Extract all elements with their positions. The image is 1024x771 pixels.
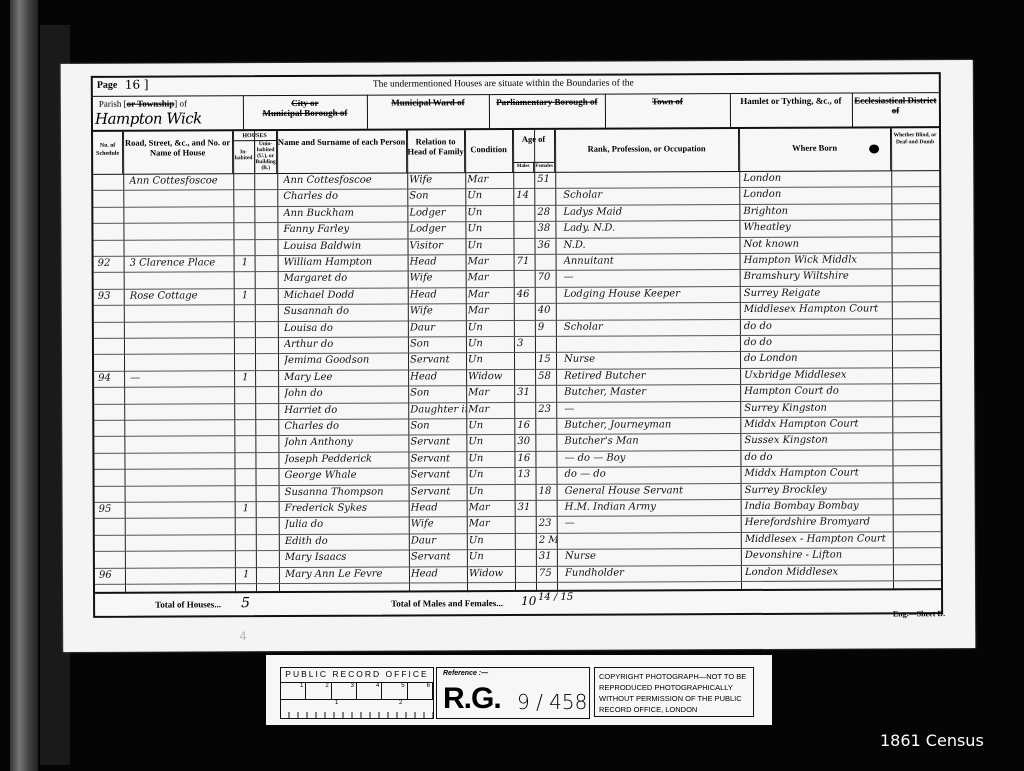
cell-condition: Un: [467, 240, 511, 251]
cell-occupation: —: [565, 517, 739, 529]
cell-road: Ann Cottesfoscoe: [129, 175, 231, 186]
ruler-tick: 4: [357, 683, 382, 699]
cell-born: Surrey Kingston: [744, 402, 890, 414]
parish-cell: Parish [or Township] of Hampton Wick: [93, 95, 244, 130]
cell-name: Julia do: [285, 519, 407, 531]
cell-inhabited: 1: [243, 503, 255, 514]
cell-name: Margaret do: [284, 273, 406, 285]
sheet-title: The undermentioned Houses are situate wi…: [373, 78, 634, 89]
cell-name: John do: [284, 388, 406, 400]
col-road: Road, Street, &c., and No. or Name of Ho…: [123, 131, 233, 173]
total-houses-value: 5: [241, 595, 250, 611]
col-occupation: Rank, Profession, or Occupation: [555, 129, 739, 172]
cell-inhabited: 1: [242, 372, 254, 383]
ruler-tick: 5: [382, 683, 407, 699]
cell-condition: Mar: [468, 289, 512, 300]
cell-occupation: —: [564, 403, 738, 415]
cell-occupation: [564, 304, 738, 305]
pencil-mark: 4: [239, 629, 247, 643]
cell-occupation: Scholar: [563, 189, 737, 201]
cell-inhabited: 1: [242, 257, 254, 268]
cell-born: Middlesex Hampton Court: [744, 304, 890, 316]
cell-name: Fanny Farley: [283, 224, 405, 236]
cell-female: 2 Mo: [539, 535, 557, 546]
cell-schedule: 92: [98, 258, 122, 269]
ruler-inch-2: 2: [399, 700, 402, 706]
cell-born: Surrey Brockley: [745, 484, 891, 496]
cell-inhabited: 1: [243, 569, 255, 580]
row-rule: [95, 580, 941, 585]
cell-occupation: [564, 337, 738, 338]
cell-female: 51: [537, 174, 555, 185]
cell-born: Not known: [743, 238, 889, 250]
cell-occupation: Scholar: [564, 321, 738, 333]
cell-name: Mary Lee: [284, 371, 406, 383]
cell-born: Sussex Kingston: [744, 435, 890, 447]
cell-condition: Un: [467, 223, 511, 234]
cell-female: 36: [537, 239, 555, 250]
cell-name: Louisa do: [284, 322, 406, 334]
cell-born: do do: [744, 320, 890, 332]
cell-relation: Head: [410, 256, 466, 267]
cell-occupation: do — do: [564, 468, 738, 480]
borough-label: Municipal Borough of: [243, 108, 367, 119]
cell-relation: Head: [410, 371, 466, 382]
cell-occupation: H.M. Indian Army: [565, 501, 739, 513]
film-edge: [10, 0, 38, 771]
cell-relation: Head: [411, 568, 467, 579]
cell-relation: Wife: [409, 174, 465, 185]
cell-female: 9: [538, 321, 556, 332]
image-caption: 1861 Census: [880, 731, 984, 750]
cell-condition: Mar: [468, 404, 512, 415]
cell-occupation: Ladys Maid: [563, 206, 737, 218]
cell-condition: Un: [468, 469, 512, 480]
cell-name: Charles do: [283, 191, 405, 203]
col-name: Name and Surname of each Person: [277, 130, 407, 173]
census-row: 961Mary Ann Le FevreHeadWidow75Fundholde…: [95, 564, 941, 585]
cell-condition: Un: [468, 453, 512, 464]
cell-name: Susannah do: [284, 306, 406, 318]
cell-female: 75: [539, 567, 557, 578]
cell-born: London: [743, 172, 889, 184]
cell-male: 14: [516, 190, 534, 201]
cell-relation: Servant: [410, 355, 466, 366]
cell-occupation: N.D.: [563, 239, 737, 251]
col-born-label: Where Born: [792, 143, 837, 153]
ecclesiastical-label: Ecclesiastical District of: [852, 95, 939, 115]
column-headers: No. of Schedule Road, Street, &c., and N…: [93, 128, 939, 175]
cell-born: Herefordshire Bromyard: [745, 517, 891, 529]
office-title: PUBLIC RECORD OFFICE: [281, 669, 433, 679]
cell-relation: Head: [411, 502, 467, 513]
cell-inhabited: 1: [242, 290, 254, 301]
cell-road: Rose Cottage: [130, 290, 232, 301]
hamlet-cell: Hamlet or Tything, &c., of: [730, 93, 853, 128]
cell-name: Michael Dodd: [284, 289, 406, 301]
cell-condition: Mar: [468, 272, 512, 283]
reference-piece: 9 / 458: [517, 690, 587, 714]
boundaries-row: Parish [or Township] of Hampton Wick Cit…: [93, 92, 939, 132]
cell-relation: Son: [409, 191, 465, 202]
cell-name: Mary Ann Le Fevre: [285, 568, 407, 580]
cell-male: 16: [517, 453, 535, 464]
totals-row: Total of Houses... 5 Total of Males and …: [95, 588, 941, 616]
reference-prefix: Reference :—: [443, 670, 488, 677]
cell-schedule: 94: [98, 373, 122, 384]
ward-label: Municipal Ward of: [367, 97, 489, 108]
cell-condition: Mar: [469, 518, 513, 529]
cell-occupation: Lady. N.D.: [563, 222, 737, 234]
cell-male: 31: [518, 502, 536, 513]
city-label: City or: [243, 98, 367, 109]
cell-condition: Un: [468, 322, 512, 333]
cell-born: Middlesex - Hampton Court: [745, 533, 891, 545]
cell-female: 38: [537, 223, 555, 234]
cell-relation: Servant: [411, 551, 467, 562]
cell-born: do do: [744, 451, 890, 463]
cell-name: Ann Cottesfoscoe: [283, 174, 405, 186]
cell-born: Hampton Court do: [744, 386, 890, 398]
parish-label-strike: or Township: [127, 98, 175, 108]
cell-occupation: — do — Boy: [564, 452, 738, 464]
cell-relation: Daur: [410, 322, 466, 333]
cell-name: Mary Isaacs: [285, 552, 407, 564]
cell-condition: Widow: [469, 568, 513, 579]
cell-condition: Mar: [468, 256, 512, 267]
cell-occupation: Annuitant: [564, 255, 738, 267]
cell-relation: Head: [410, 289, 466, 300]
cell-born: Hampton Wick Middlx: [744, 254, 890, 266]
parish-value: Hampton Wick: [95, 109, 202, 127]
cell-occupation: Fundholder: [565, 567, 739, 579]
cell-name: William Hampton: [284, 256, 406, 268]
total-houses-label: Total of Houses...: [155, 599, 221, 609]
sheet-designation: Eng.—Sheet D.: [893, 609, 945, 618]
col-inhabited: In-habited: [233, 141, 255, 173]
cell-condition: Un: [467, 207, 511, 218]
total-males-value: 10: [521, 594, 536, 608]
parliamentary-cell: Parliamentary Borough of: [489, 94, 606, 129]
col-schedule: No. of Schedule: [93, 132, 123, 174]
cell-occupation: General House Servant: [565, 485, 739, 497]
copyright-notice: COPYRIGHT PHOTOGRAPH—NOT TO BE REPRODUCE…: [594, 667, 754, 717]
cell-born: Wheatley: [743, 222, 889, 234]
ruler-inch: 1 2: [281, 699, 433, 718]
ecclesiastical-cell: Ecclesiastical District of: [852, 92, 939, 126]
cell-occupation: [565, 534, 739, 535]
census-form: Page 16 ] The undermentioned Houses are …: [91, 72, 943, 618]
cell-occupation: Butcher, Master: [564, 386, 738, 398]
reference-label: PUBLIC RECORD OFFICE 1 2 3 4 5 6 1 2 Ref…: [266, 655, 772, 725]
cell-female: 23: [538, 403, 556, 414]
cell-occupation: Butcher's Man: [564, 435, 738, 447]
cell-condition: Un: [469, 551, 513, 562]
hamlet-label: Hamlet or Tything, &c., of: [730, 96, 852, 107]
cell-road: —: [130, 372, 232, 383]
cell-condition: Mar: [468, 387, 512, 398]
cell-female: 28: [537, 207, 555, 218]
cell-condition: Un: [468, 420, 512, 431]
cell-road: 3 Clarence Place: [130, 257, 232, 268]
col-born: Where Born: [739, 128, 891, 171]
census-rows: Ann CottesfoscoeAnn CottesfoscoeWifeMar5…: [93, 170, 941, 572]
cell-born: Brighton: [743, 205, 889, 217]
cell-born: Surrey Reigate: [744, 287, 890, 299]
ward-cell: Municipal Ward of: [367, 94, 490, 129]
parish-label-post: ] of: [174, 98, 187, 108]
cell-condition: Un: [468, 354, 512, 365]
cell-female: 70: [538, 272, 556, 283]
cell-male: 71: [517, 256, 535, 267]
parish-label-pre: Parish [: [99, 99, 127, 109]
cell-condition: Un: [467, 190, 511, 201]
cell-name: Edith do: [285, 535, 407, 547]
cell-occupation: Nurse: [565, 550, 739, 562]
reference-series: R.G.: [443, 682, 501, 716]
cell-condition: Mar: [467, 174, 511, 185]
census-sheet: Page 16 ] The undermentioned Houses are …: [61, 60, 976, 652]
cell-name: Ann Buckham: [283, 207, 405, 219]
total-females-value: 14 / 15: [538, 592, 573, 603]
reference-box: Reference :— R.G. 9 / 458: [436, 667, 590, 719]
cell-relation: Servant: [410, 437, 466, 448]
cell-relation: Servant: [411, 486, 467, 497]
cell-male: 16: [517, 420, 535, 431]
cell-female: 15: [538, 354, 556, 365]
cell-born: do London: [744, 353, 890, 365]
cell-born: Uxbridge Middlesex: [744, 369, 890, 381]
cell-relation: Wife: [410, 305, 466, 316]
cell-occupation: Nurse: [564, 353, 738, 365]
cell-name: Susanna Thompson: [285, 486, 407, 498]
cell-name: Jemima Goodson: [284, 355, 406, 367]
cell-female: 40: [538, 305, 556, 316]
cell-name: Charles do: [284, 420, 406, 432]
cell-relation: Son: [410, 338, 466, 349]
ruler-tick: 3: [332, 683, 357, 699]
cell-relation: Son: [410, 387, 466, 398]
cell-occupation: —: [564, 271, 738, 283]
cell-condition: Un: [469, 535, 513, 546]
col-females: Females: [534, 162, 554, 172]
cell-relation: Wife: [410, 273, 466, 284]
cell-relation: Visitor: [409, 240, 465, 251]
cell-male: 46: [517, 289, 535, 300]
total-persons-label: Total of Males and Females...: [391, 598, 503, 608]
col-males: Males: [513, 162, 534, 172]
cell-schedule: 96: [99, 569, 123, 580]
cell-born: India Bombay Bombay: [745, 500, 891, 512]
parliamentary-label: Parliamentary Borough of: [489, 97, 605, 108]
cell-relation: Wife: [411, 519, 467, 530]
town-cell: Town of: [605, 93, 731, 128]
ink-blot: [869, 144, 879, 153]
cell-male: 13: [517, 469, 535, 480]
cell-occupation: [563, 173, 737, 174]
col-relation: Relation to Head of Family: [407, 130, 465, 172]
cell-condition: Mar: [469, 502, 513, 513]
cell-condition: Un: [468, 338, 512, 349]
cell-relation: Servant: [410, 469, 466, 480]
cell-name: Harriet do: [284, 404, 406, 416]
cell-relation: Daur: [411, 535, 467, 546]
cell-condition: Widow: [468, 371, 512, 382]
cell-born: London Middlesex: [745, 566, 891, 578]
cell-male: 30: [517, 436, 535, 447]
cell-male: 31: [517, 387, 535, 398]
col-uninhabited: Unin-habited (U.), or Building (B.): [255, 141, 276, 171]
cell-condition: Un: [469, 486, 513, 497]
town-label: Town of: [605, 96, 730, 107]
cell-born: Middx Hampton Court: [744, 418, 890, 430]
cell-name: Frederick Sykes: [285, 502, 407, 514]
cell-born: Bramshury Wiltshire: [744, 271, 890, 283]
cell-female: 23: [539, 518, 557, 529]
cell-relation: Daughter in law: [410, 404, 466, 415]
cell-male: 3: [517, 338, 535, 349]
cell-relation: Son: [410, 420, 466, 431]
cell-relation: Lodger: [409, 207, 465, 218]
cell-relation: Servant: [410, 453, 466, 464]
cell-born: London: [743, 189, 889, 201]
cell-schedule: 95: [99, 504, 123, 515]
cell-name: Joseph Pedderick: [284, 453, 406, 465]
cell-occupation: Lodging House Keeper: [564, 288, 738, 300]
ruler-inch-1: 1: [335, 700, 338, 706]
ruler-cm: 1 2 3 4 5 6: [281, 682, 433, 699]
cell-relation: Lodger: [409, 223, 465, 234]
cell-name: John Anthony: [284, 437, 406, 449]
cell-female: 18: [539, 485, 557, 496]
col-blind: Whether Blind, or Deaf-and-Dumb: [891, 128, 939, 170]
cell-born: do do: [744, 336, 890, 348]
page-label: Page: [97, 80, 118, 91]
cell-female: 58: [538, 371, 556, 382]
cell-born: Devonshire - Lifton: [745, 550, 891, 562]
ruler-tick: 1: [281, 683, 306, 699]
cell-born: Middx Hampton Court: [744, 468, 890, 480]
ruler-tick: 6: [408, 683, 433, 699]
cell-occupation: Butcher, Journeyman: [564, 419, 738, 431]
cell-female: 31: [539, 551, 557, 562]
ruler-tick: 2: [306, 683, 331, 699]
cell-occupation: Retired Butcher: [564, 370, 738, 382]
col-condition: Condition: [465, 130, 513, 172]
cell-name: Arthur do: [284, 338, 406, 350]
cell-condition: Un: [468, 436, 512, 447]
cell-condition: Mar: [468, 305, 512, 316]
borough-cell: City or Municipal Borough of: [243, 95, 368, 130]
page-number: 16 ]: [125, 78, 149, 92]
record-office-ruler: PUBLIC RECORD OFFICE 1 2 3 4 5 6 1 2: [280, 667, 434, 719]
cell-name: George Whale: [284, 470, 406, 482]
cell-schedule: 93: [98, 291, 122, 302]
cell-name: Louisa Baldwin: [283, 240, 405, 252]
